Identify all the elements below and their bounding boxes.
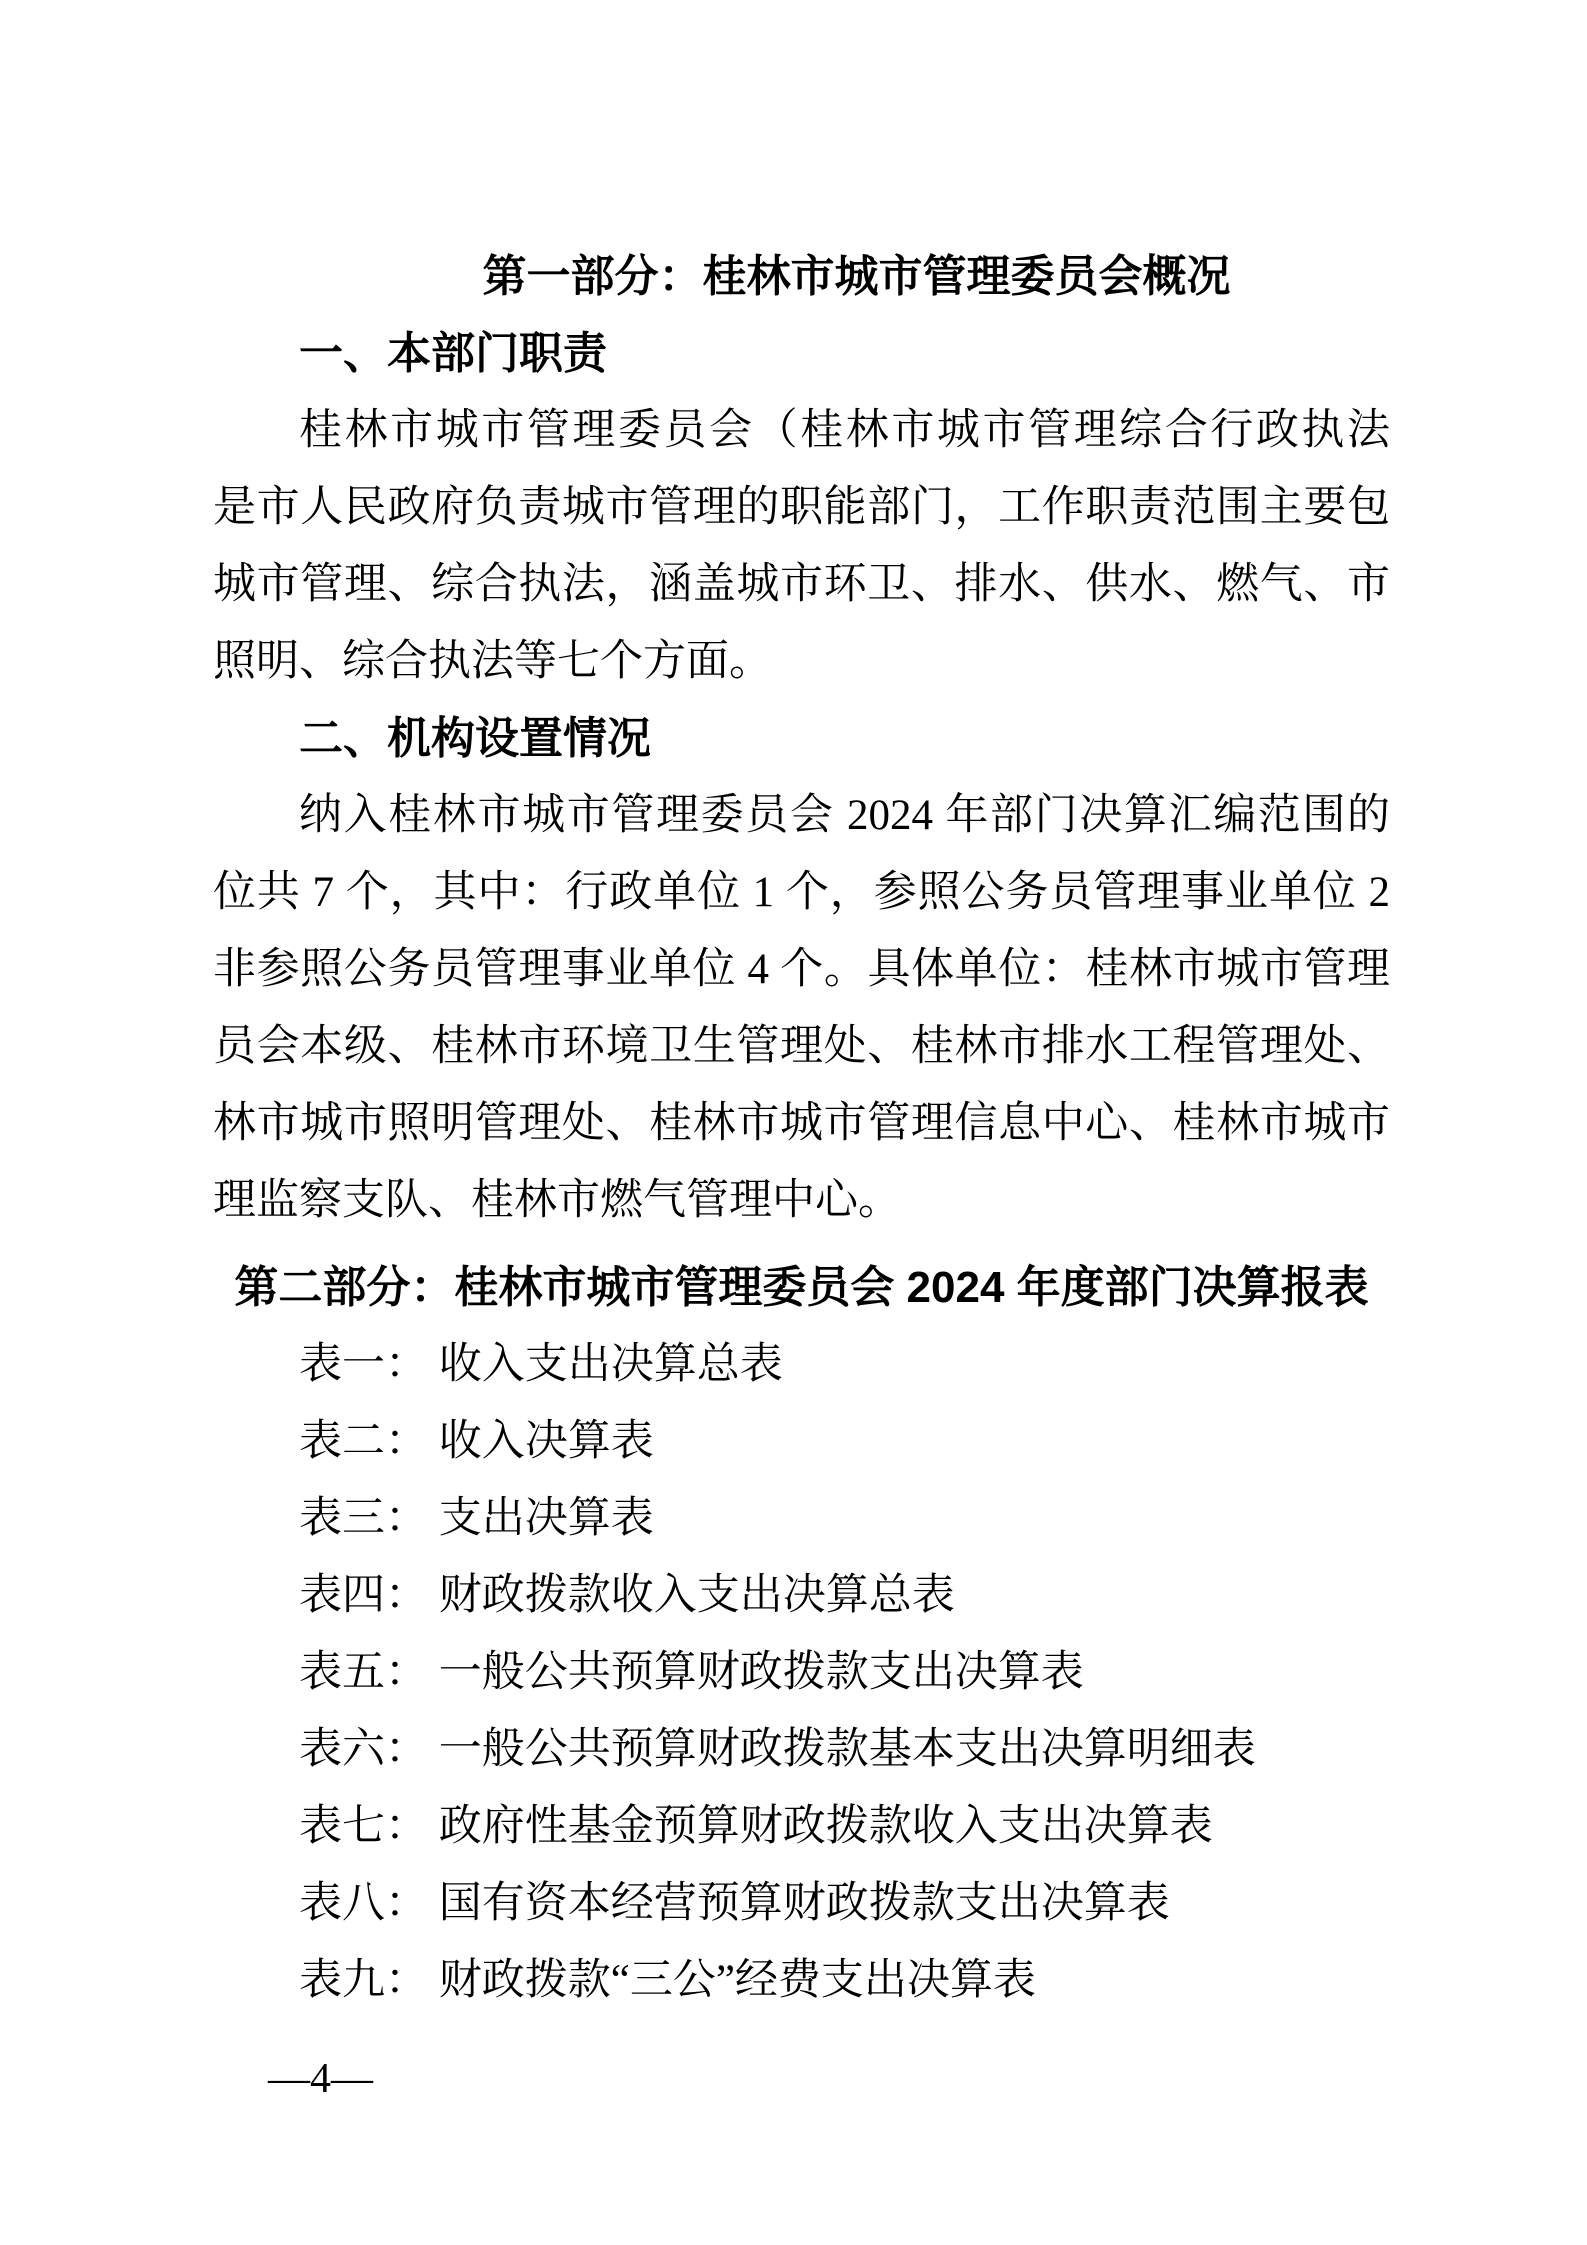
part2-title: 第二部分：桂林市城市管理委员会 2024 年度部门决算报表 bbox=[213, 1249, 1390, 1326]
page-content: 第一部分：桂林市城市管理委员会概况 一、本部门职责 桂林市城市管理委员会（桂林市… bbox=[0, 0, 1587, 2118]
section1-heading: 一、本部门职责 bbox=[213, 315, 1390, 392]
para2-line-4: 员会本级、桂林市环境卫生管理处、桂林市排水工程管理处、桂 bbox=[213, 1008, 1390, 1085]
para2-line-2: 位共 7 个，其中：行政单位 1 个，参照公务员管理事业单位 2 个， bbox=[213, 854, 1390, 931]
para2-line-5: 林市城市照明管理处、桂林市城市管理信息中心、桂林市城市管 bbox=[213, 1085, 1390, 1162]
para1-line-1: 桂林市城市管理委员会（桂林市城市管理综合行政执法局） bbox=[213, 392, 1390, 469]
section2-heading: 二、机构设置情况 bbox=[213, 700, 1390, 777]
para2-line-1: 纳入桂林市城市管理委员会 2024 年部门决算汇编范围的单 bbox=[213, 777, 1390, 854]
page-number: —4— bbox=[213, 2041, 1390, 2118]
document-page: 第一部分：桂林市城市管理委员会概况 一、本部门职责 桂林市城市管理委员会（桂林市… bbox=[0, 0, 1587, 2245]
para1-line-4: 照明、综合执法等七个方面。 bbox=[213, 623, 1390, 700]
table-list-item-3: 表三： 支出决算表 bbox=[213, 1480, 1390, 1557]
part1-title: 第一部分：桂林市城市管理委员会概况 bbox=[213, 238, 1390, 315]
table-list-item-7: 表七： 政府性基金预算财政拨款收入支出决算表 bbox=[213, 1788, 1390, 1865]
table-list-item-8: 表八： 国有资本经营预算财政拨款支出决算表 bbox=[213, 1865, 1390, 1942]
para1-line-2: 是市人民政府负责城市管理的职能部门，工作职责范围主要包括 bbox=[213, 469, 1390, 546]
para2-line-6: 理监察支队、桂林市燃气管理中心。 bbox=[213, 1162, 1390, 1239]
table-list-item-5: 表五： 一般公共预算财政拨款支出决算表 bbox=[213, 1634, 1390, 1711]
para2-line-3: 非参照公务员管理事业单位 4 个。具体单位：桂林市城市管理委 bbox=[213, 931, 1390, 1008]
table-list-item-9: 表九： 财政拨款“三公”经费支出决算表 bbox=[213, 1942, 1390, 2019]
table-list-item-1: 表一： 收入支出决算总表 bbox=[213, 1326, 1390, 1403]
table-list-item-2: 表二： 收入决算表 bbox=[213, 1403, 1390, 1480]
para1-line-3: 城市管理、综合执法，涵盖城市环卫、排水、供水、燃气、市容、 bbox=[213, 546, 1390, 623]
table-list-item-4: 表四： 财政拨款收入支出决算总表 bbox=[213, 1557, 1390, 1634]
table-list-item-6: 表六： 一般公共预算财政拨款基本支出决算明细表 bbox=[213, 1711, 1390, 1788]
